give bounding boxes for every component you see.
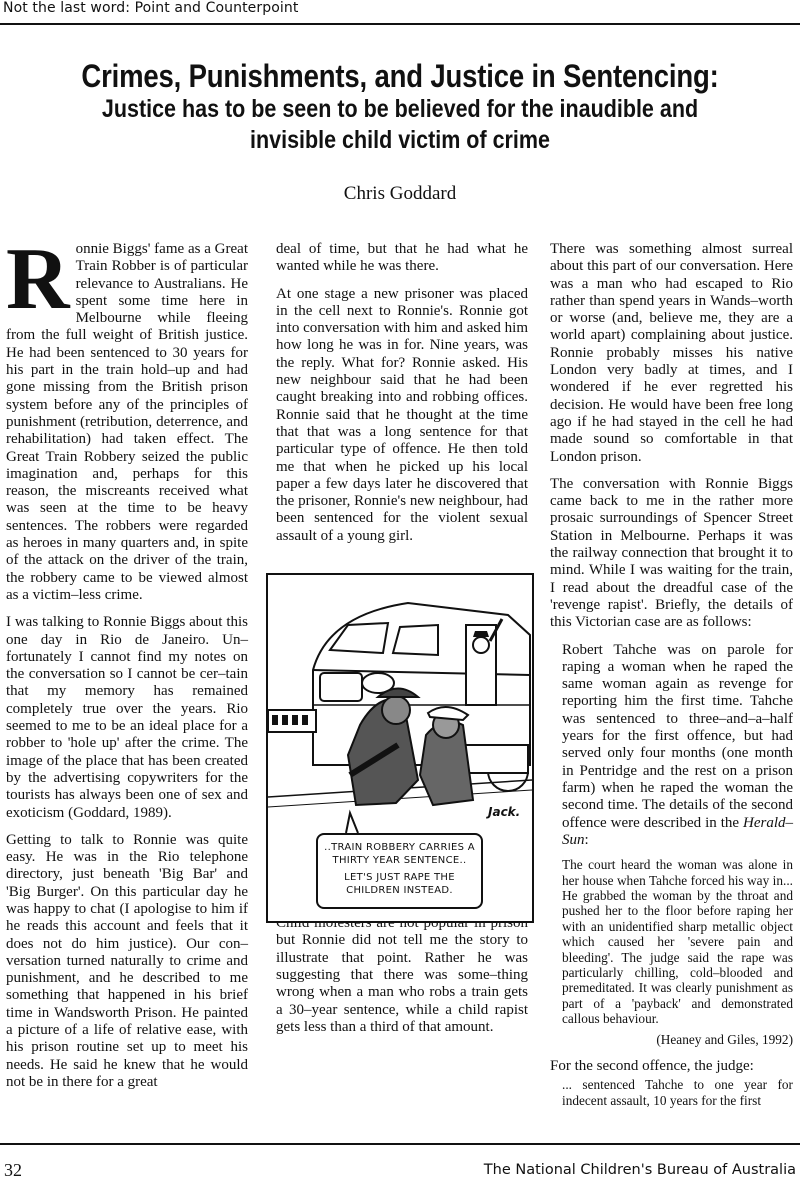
running-head: Not the last word: Point and Counterpoin… bbox=[3, 0, 298, 16]
paragraph: deal of time, but that he had what he wa… bbox=[276, 241, 528, 276]
quote-text: Robert Tahche was on parole for raping a… bbox=[562, 642, 793, 831]
paragraph: The conversation with Ronnie Biggs came … bbox=[550, 476, 793, 632]
subtitle-line-1: Justice has to be seen to be believed fo… bbox=[56, 94, 744, 125]
bottom-rule bbox=[0, 1143, 800, 1145]
speech-line-2: LET'S JUST RAPE THE CHILDREN INSTEAD. bbox=[322, 871, 477, 897]
cartoonist-signature: Jack. bbox=[488, 805, 520, 819]
journal-name: The National Children's Bureau of Austra… bbox=[484, 1162, 796, 1178]
paragraph: There was something almost surreal about… bbox=[550, 241, 793, 466]
speech-line-1: ..TRAIN ROBBERY CARRIES A THIRTY YEAR SE… bbox=[324, 842, 475, 866]
cartoon-illustration: Jack. ..TRAIN ROBBERY CARRIES A THIRTY Y… bbox=[266, 573, 534, 923]
top-rule bbox=[0, 23, 800, 25]
quote-end: : bbox=[585, 832, 589, 848]
article-title: Crimes, Punishments, and Justice in Sent… bbox=[56, 58, 744, 95]
page-number: 32 bbox=[4, 1160, 22, 1181]
paragraph: Ronnie Biggs' fame as a Great Train Robb… bbox=[6, 241, 248, 604]
author-name: Chris Goddard bbox=[0, 183, 800, 205]
speech-bubble: ..TRAIN ROBBERY CARRIES A THIRTY YEAR SE… bbox=[316, 833, 483, 909]
paragraph: At one stage a new prisoner was placed i… bbox=[276, 286, 528, 545]
newspaper-quote: The court heard the woman was alone in h… bbox=[562, 857, 793, 1026]
paragraph: Getting to talk to Ronnie was quite easy… bbox=[6, 832, 248, 1091]
article-subtitle: Justice has to be seen to be believed fo… bbox=[56, 94, 744, 156]
sentence-quote: ... sentenced Tahche to one year for ind… bbox=[562, 1077, 793, 1108]
paragraph: Child molesters are not popular in priso… bbox=[276, 915, 528, 1036]
lead-in: For the second offence, the judge: bbox=[550, 1058, 793, 1075]
citation: (Heaney and Giles, 1992) bbox=[550, 1031, 793, 1048]
subtitle-line-2: invisible child victim of crime bbox=[56, 125, 744, 156]
block-quote: Robert Tahche was on parole for raping a… bbox=[562, 642, 793, 850]
column-3: There was something almost surreal about… bbox=[550, 241, 793, 1112]
column-1: Ronnie Biggs' fame as a Great Train Robb… bbox=[6, 241, 248, 1101]
paragraph: I was talking to Ronnie Biggs about this… bbox=[6, 614, 248, 822]
drop-cap: R bbox=[6, 245, 70, 311]
